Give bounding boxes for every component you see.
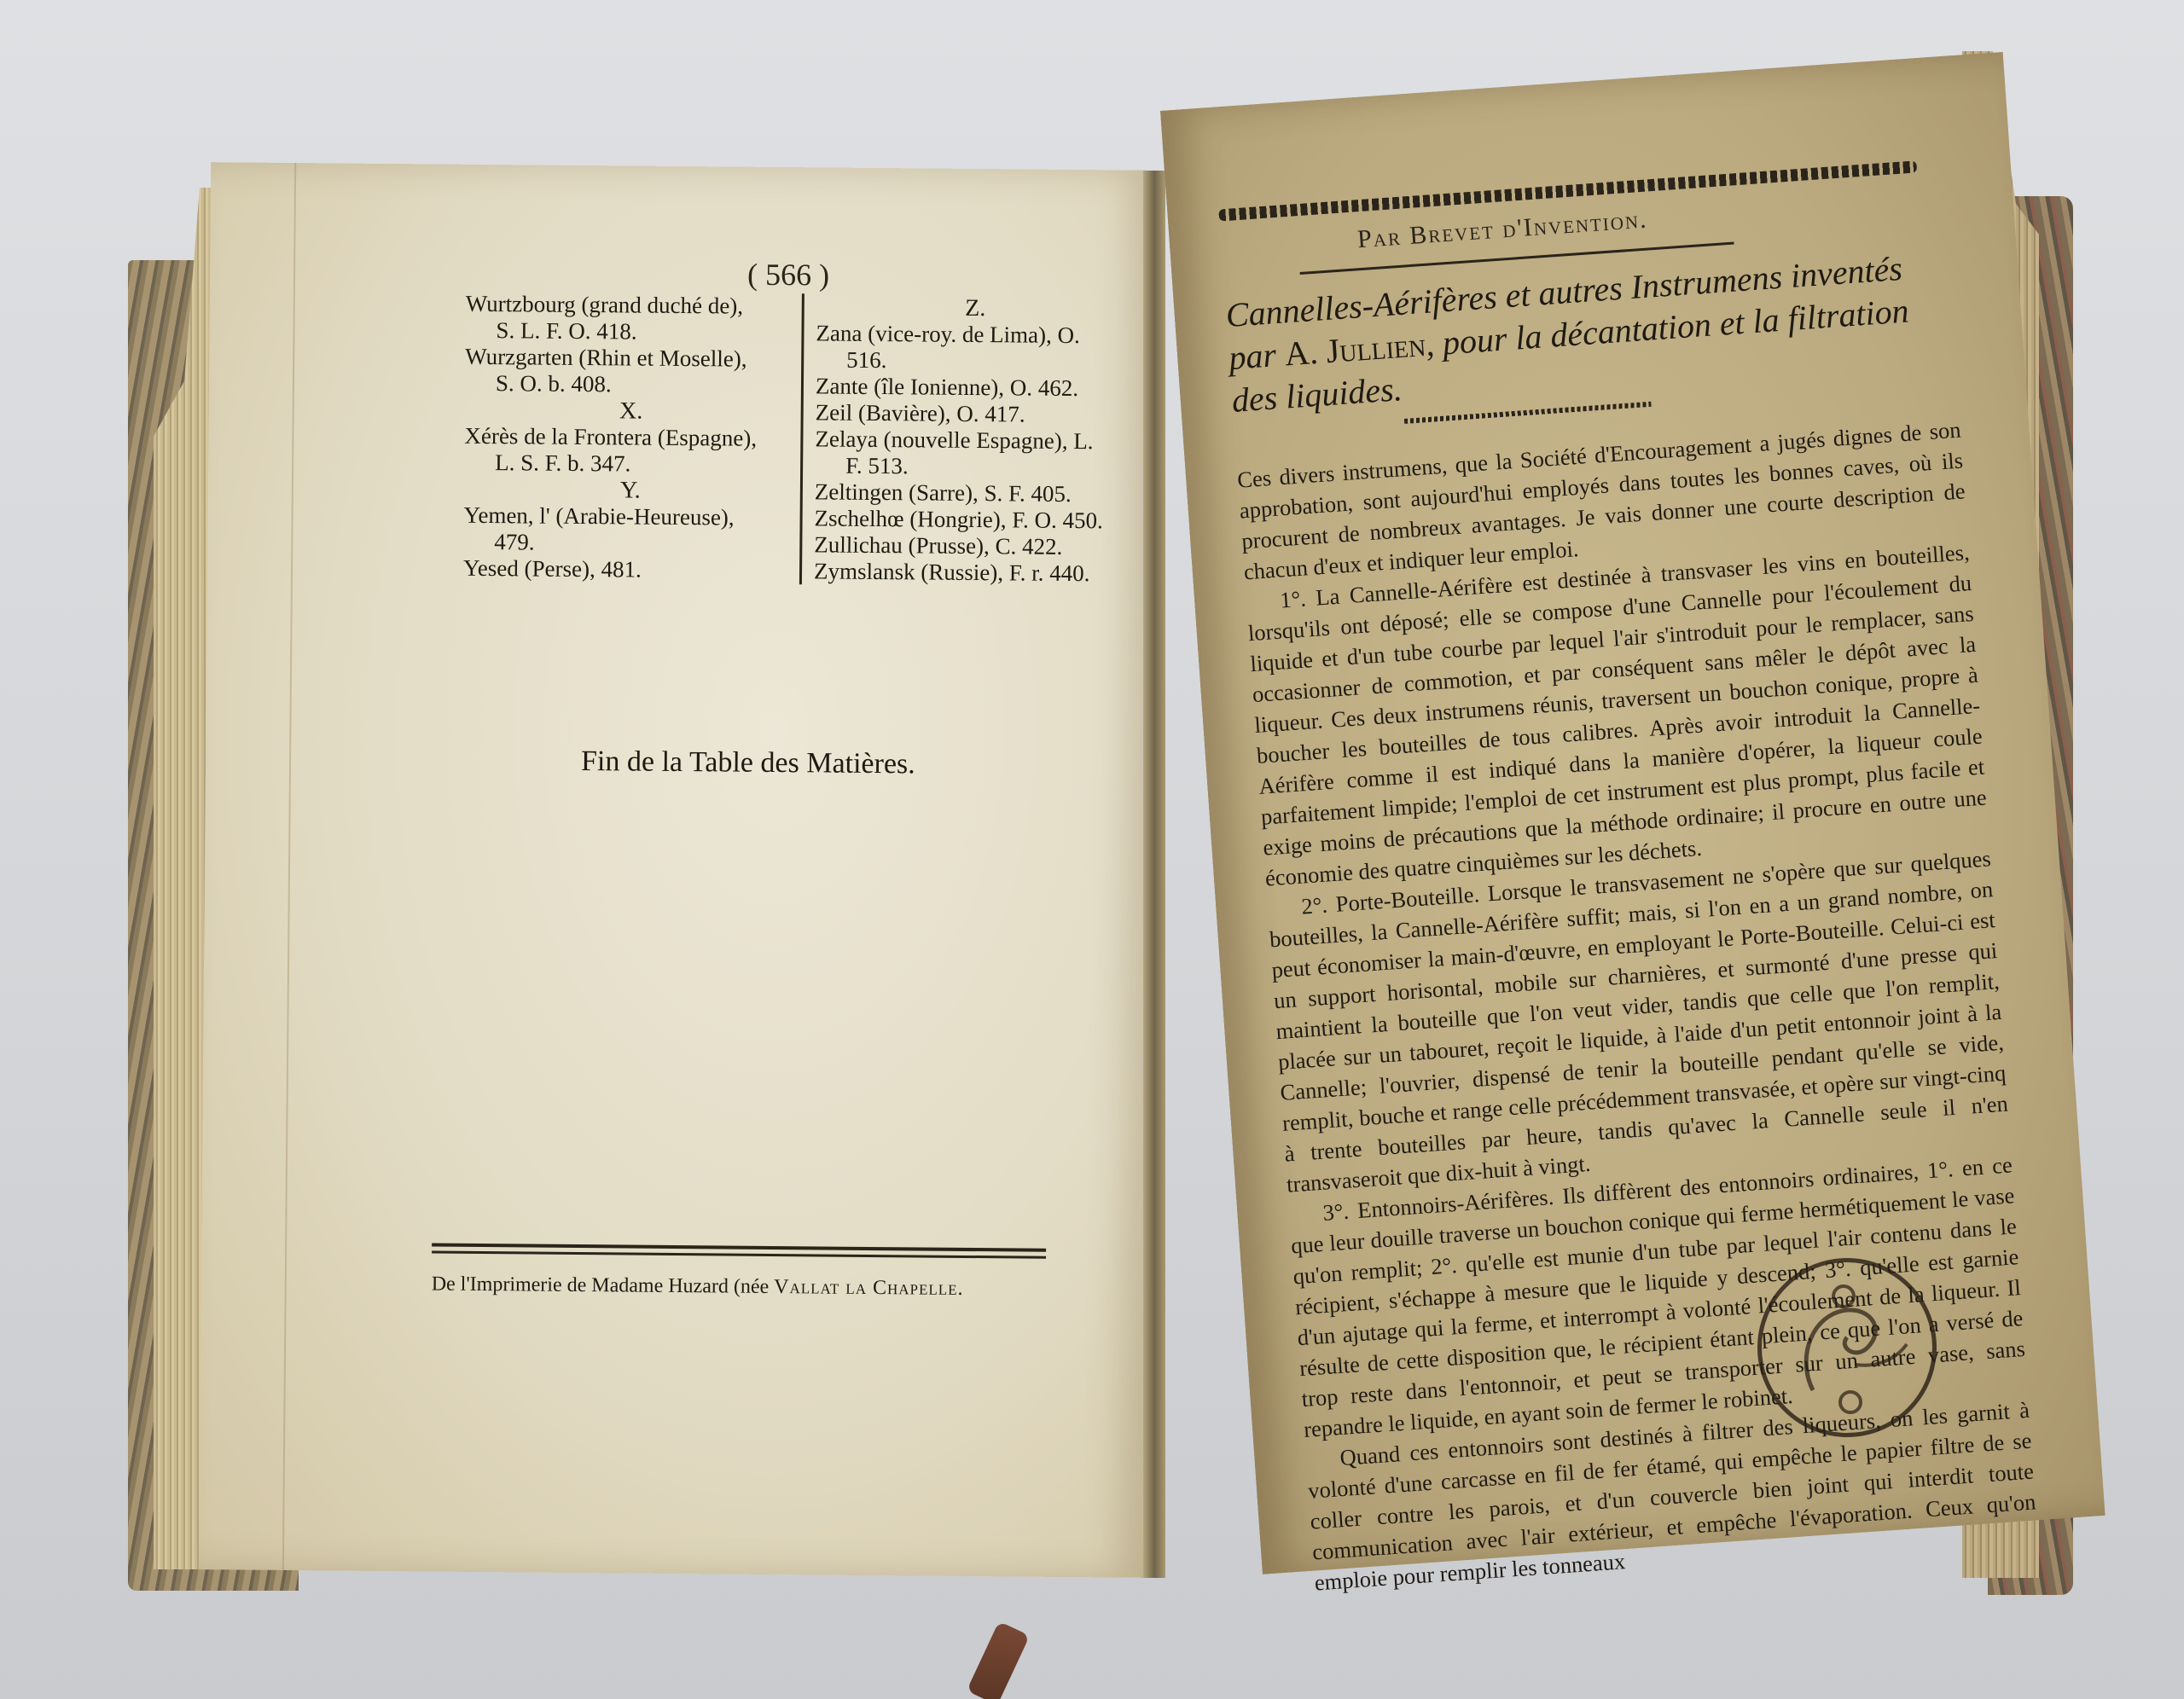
deckle-edge [250,163,296,1570]
index-letter-heading: X. [465,397,798,426]
index-column-left: Wurtzbourg (grand duché de),S. L. F. O. … [463,291,799,584]
index-entry: Wurtzbourg (grand duché de),S. L. F. O. … [465,291,799,346]
index-entry-name: Zschelhœ (Hongrie), F. O. 450. [814,505,1132,534]
index-entry-ref: 516. [816,346,1134,375]
book-gutter [1143,171,1165,1578]
index-entry-name: Wurzgarten (Rhin et Moselle), [465,344,798,373]
index-entry-ref: S. L. F. O. 418. [465,317,798,346]
index-entry-name: Zymslansk (Russie), F. r. 440. [814,558,1132,587]
index-letter-heading: Z. [816,293,1135,322]
body-paragraph: 1°. La Cannelle-Aérifère est destinée à … [1245,536,1989,893]
printer-imprint: De l'Imprimerie de Madame Huzard (née Va… [432,1273,964,1300]
index-entry: Zana (vice-roy. de Lima), O.516. [816,320,1135,375]
index-entry-ref: S. O. b. 408. [465,370,798,399]
index-entry: Zante (île Ionienne), O. 462. [816,373,1134,402]
index-entry-name: Xérès de la Frontera (Espagne), [464,423,797,452]
library-stamp-icon [1757,1258,1937,1437]
book-photo: ( 566 ) Wurtzbourg (grand duché de),S. L… [0,0,2184,1699]
imprint-smallcaps: Vallat la Chapelle. [774,1276,964,1300]
index-entry: Zeltingen (Sarre), S. F. 405. [815,478,1133,507]
index-letter-heading: Y. [464,476,797,505]
index-entry: Zschelhœ (Hongrie), F. O. 450. [814,505,1132,534]
page-number: ( 566 ) [747,257,829,293]
running-head: Par Brevet d'Invention. [1356,205,1649,254]
index-table: Wurtzbourg (grand duché de),S. L. F. O. … [463,291,1148,588]
index-entry-name: Zeil (Bavière), O. 417. [816,399,1134,428]
right-page: Par Brevet d'Invention. Cannelles-Aérifè… [1160,52,2106,1574]
title-author: A. Jullien [1283,325,1426,373]
index-entry-name: Zeltingen (Sarre), S. F. 405. [815,478,1133,507]
index-entry-name: Yemen, l' (Arabie-Heureuse), [463,502,796,531]
index-entry-name: Yesed (Perse), 481. [463,555,796,584]
index-entry: Xérès de la Frontera (Espagne),L. S. F. … [464,423,798,478]
index-entry-name: Zelaya (nouvelle Espagne), L. [815,426,1133,455]
index-entry-ref: 479. [463,529,796,558]
index-entry: Zymslansk (Russie), F. r. 440. [814,558,1132,587]
index-entry-ref: L. S. F. b. 347. [464,449,797,478]
index-entry-name: Zante (île Ionienne), O. 462. [816,373,1134,402]
bookmark-ribbon [967,1621,1030,1699]
index-entry: Yemen, l' (Arabie-Heureuse),479. [463,502,797,558]
index-entry: Zullichau (Prusse), C. 422. [814,531,1132,560]
index-entry-name: Wurtzbourg (grand duché de), [466,291,799,320]
index-entry: Zeil (Bavière), O. 417. [816,399,1134,428]
index-entry-ref: F. 513. [815,452,1133,481]
double-rule [432,1243,1046,1258]
end-of-table-note: Fin de la Table des Matières. [581,745,915,780]
left-page: ( 566 ) Wurtzbourg (grand duché de),S. L… [199,162,1158,1578]
body-paragraph: 2°. Porte-Bouteille. Lorsque le transvas… [1266,843,2011,1199]
index-entry-name: Zana (vice-roy. de Lima), O. [816,320,1134,349]
index-entry: Wurzgarten (Rhin et Moselle),S. O. b. 40… [465,344,799,399]
index-entry: Yesed (Perse), 481. [463,555,796,584]
imprint-text: De l'Imprimerie de Madame Huzard (née [432,1273,775,1298]
index-entry-name: Zullichau (Prusse), C. 422. [814,531,1132,560]
index-entry: Zelaya (nouvelle Espagne), L.F. 513. [815,426,1134,481]
index-column-right: Z.Zana (vice-roy. de Lima), O.516.Zante … [799,293,1135,587]
